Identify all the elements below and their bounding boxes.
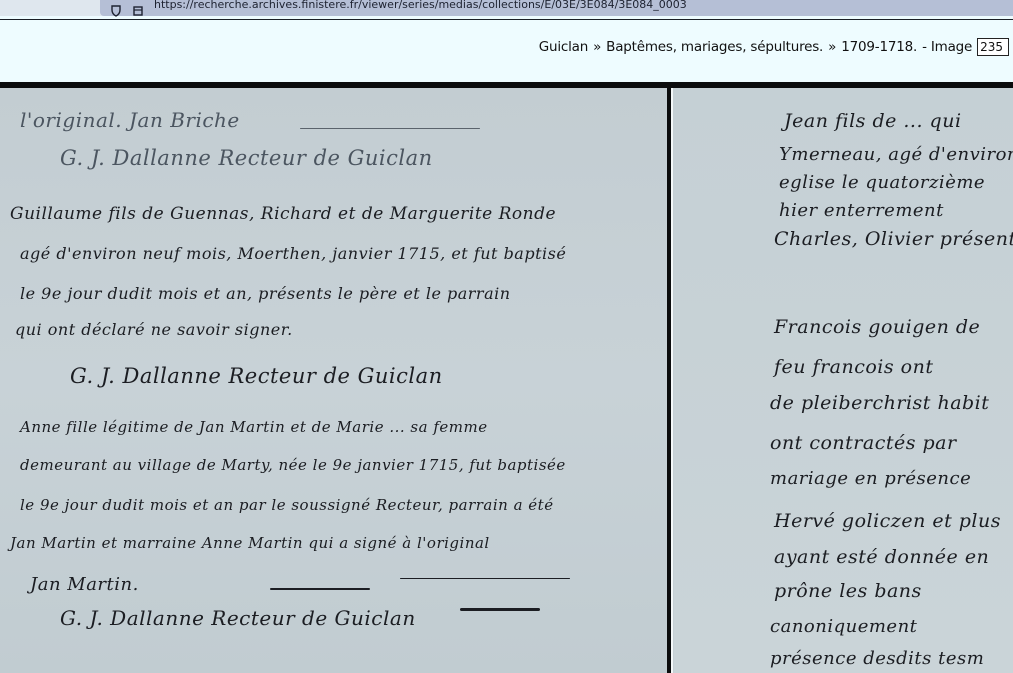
handwritten-line: Francois gouigen de	[774, 316, 980, 338]
handwritten-line: Guillaume fils de Guennas, Richard et de…	[10, 204, 556, 224]
handwritten-line: mariage en présence	[770, 468, 971, 489]
handwritten-line: demeurant au village de Marty, née le 9e…	[20, 456, 566, 474]
handwritten-line: Charles, Olivier présents	[774, 228, 1013, 250]
handwritten-line: Jan Martin et marraine Anne Martin qui a…	[10, 534, 490, 552]
image-label: - Image	[922, 39, 972, 55]
breadcrumb-series[interactable]: Baptêmes, mariages, sépultures.	[606, 39, 823, 55]
handwritten-line: ayant esté donnée en	[774, 546, 989, 568]
handwritten-line: Hervé goliczen et plus	[774, 510, 1001, 532]
address-bar[interactable]: https://recherche.archives.finistere.fr/…	[100, 0, 1013, 16]
handwritten-line: G. J. Dallanne Recteur de Guiclan	[70, 364, 443, 388]
handwritten-line: hier enterrement	[779, 200, 944, 221]
url-text[interactable]: https://recherche.archives.finistere.fr/…	[154, 0, 687, 11]
handwritten-line: prône les bans	[774, 580, 922, 602]
pen-stroke	[400, 578, 570, 579]
handwritten-line: G. J. Dallanne Recteur de Guiclan	[60, 606, 416, 630]
image-number-input[interactable]	[977, 38, 1009, 56]
document-viewer[interactable]: l'original. Jan Briche G. J. Dallanne Re…	[0, 82, 1013, 673]
handwritten-line: présence desdits tesm	[770, 648, 984, 669]
breadcrumb-commune[interactable]: Guiclan	[539, 39, 588, 55]
handwritten-line: canoniquement	[770, 616, 917, 637]
handwritten-line: de pleiberchrist habit	[770, 392, 989, 414]
handwritten-line: G. J. Dallanne Recteur de Guiclan	[60, 146, 433, 170]
browser-toolbar: https://recherche.archives.finistere.fr/…	[0, 0, 1013, 16]
handwritten-line: eglise le quatorzième	[779, 172, 985, 193]
page-icon[interactable]	[132, 2, 144, 14]
breadcrumb-separator: »	[593, 39, 601, 55]
handwritten-line: ont contractés par	[770, 432, 957, 454]
handwritten-line: Jean fils de ... qui	[784, 110, 962, 132]
right-page-scan: Jean fils de ... qui Ymerneau, agé d'env…	[674, 88, 1013, 673]
page-gutter-edge	[671, 88, 673, 673]
handwritten-line: Jan Martin.	[30, 574, 139, 595]
pen-stroke	[460, 608, 540, 611]
handwritten-line: qui ont déclaré ne savoir signer.	[15, 320, 293, 339]
breadcrumb: Guiclan » Baptêmes, mariages, sépultures…	[539, 38, 1013, 56]
breadcrumb-separator: »	[828, 39, 836, 55]
handwritten-line: feu francois ont	[774, 356, 934, 378]
left-page-scan: l'original. Jan Briche G. J. Dallanne Re…	[0, 88, 668, 673]
pen-stroke	[270, 588, 370, 590]
shield-icon[interactable]	[110, 2, 122, 14]
handwritten-line: Anne fille légitime de Jan Martin et de …	[20, 418, 488, 436]
handwritten-line: agé d'environ neuf mois, Moerthen, janvi…	[20, 244, 566, 263]
handwritten-line: Ymerneau, agé d'environ	[779, 144, 1013, 165]
handwritten-line: le 9e jour dudit mois et an, présents le…	[20, 284, 511, 303]
breadcrumb-years[interactable]: 1709-1718.	[841, 39, 917, 55]
handwritten-line: l'original. Jan Briche	[20, 108, 240, 132]
pen-stroke	[300, 128, 480, 129]
handwritten-line: le 9e jour dudit mois et an par le souss…	[20, 496, 554, 514]
